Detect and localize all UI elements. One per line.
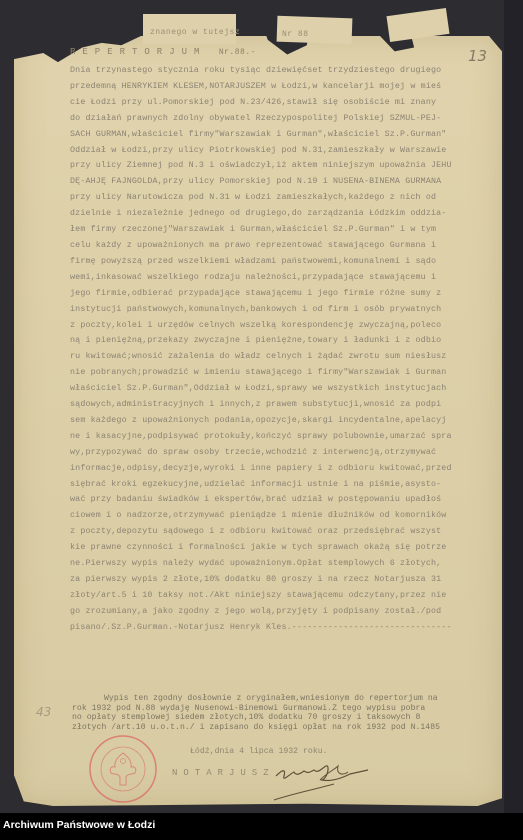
text-line: SACH GURMAN,właściciel firmy"Warszawiak … [70, 127, 440, 143]
text-line: wy,przypozywać do spraw osoby trzecie,wc… [70, 445, 440, 461]
notary-label: NOTARJUSZ [172, 768, 275, 778]
text-line: z poczty,depozytu sądowego i z odbioru k… [70, 524, 440, 540]
text-line: instytucji państwowych,komunalnych,banko… [70, 302, 440, 318]
text-line: ru kwitować;wnosić zażalenia do władz ce… [70, 349, 440, 365]
text-line: go zrozumiany,a jako zgodny z jego wolą,… [70, 604, 440, 620]
repertory-heading: REPERTORJUM Nr.88.- [70, 47, 256, 57]
page-number: 13 [468, 47, 487, 65]
text-line: z poczty,kolei i urzędów celnych wszelką… [70, 318, 440, 334]
signature-icon [272, 760, 382, 808]
text-line: siębrać kroki egzekucyjne,udzielać infor… [70, 477, 440, 493]
header-fragment-text-right: Nr 88 [282, 30, 309, 39]
text-line: przy ulicy Ziemnej pod N.3 i oświadczył,… [70, 158, 440, 174]
extract-certification-text: Wypis ten zgodny dosłownie z oryginałem,… [72, 694, 452, 732]
text-line: jego firmie,odbierać przypadające stawaj… [70, 286, 440, 302]
date-place-line: Łódź,dnia 4 lipca 1932 roku. [190, 747, 328, 756]
repertory-label: REPERTORJUM [70, 47, 206, 57]
text-line: Oddział w Łodzi,przy ulicy Piotrkowskiej… [70, 143, 440, 159]
text-line: wać przy badaniu świadków i ekspertów,br… [70, 492, 440, 508]
text-line: za pierwszy wypis 2 złote,10% dodatku 80… [70, 572, 440, 588]
text-line: dzielnie i niezależnie jednego od drugie… [70, 206, 440, 222]
text-line: celu każdy z upoważnionych ma prawo repr… [70, 238, 440, 254]
text-line: ne.Pierwszy wypis należy wydać upoważnio… [70, 556, 440, 572]
text-line: cie Łodzi przy ul.Pomorskiej pod N.23/42… [70, 95, 440, 111]
text-line: kie prawne czynności i formalności jakie… [70, 540, 440, 556]
archive-label: Archiwum Państwowe w Łodzi [3, 819, 155, 831]
text-line: ciowem i o nadzorze,otrzymywać pieniądze… [70, 508, 440, 524]
text-line: ne i kasacyjne,podpisywać protokuły,końc… [70, 429, 440, 445]
text-line: Wypis ten zgodny dosłownie z oryginałem,… [72, 694, 452, 704]
text-line: rok 1932 pod N.88 wydaję Nusenowi-Binemo… [72, 704, 452, 714]
deed-body-text: Dnia trzynastego stycznia roku tysiąc dz… [70, 63, 440, 636]
text-line: sądowych,administracyjnych i innych,z pr… [70, 397, 440, 413]
text-line: złotych /art.10 u.o.t.n./ i zapisano do … [72, 723, 452, 733]
text-line: no opłaty stemplowej siedem złotych,10% … [72, 713, 452, 723]
archive-footer-bar: Archiwum Państwowe w Łodzi [0, 813, 523, 840]
text-line: do działań prawnych zdolny obywatel Rzec… [70, 111, 440, 127]
text-line: informacje,odpisy,decyzje,wyroki i inne … [70, 461, 440, 477]
repertory-number: Nr.88.- [219, 48, 256, 57]
text-line: sem każdego z upoważnionych podania,opoz… [70, 413, 440, 429]
text-line: właściciel Sz.P.Gurman",Oddział w Łodzi,… [70, 381, 440, 397]
scan-edge-strip [504, 0, 523, 813]
text-line: DĘ-AHJĘ FAJNGOLDA,przy ulicy Pomorskiej … [70, 174, 440, 190]
text-line: łem firmy rzeczonej"Warszawiak i Gurman,… [70, 222, 440, 238]
text-line: ną i pieniężną,przekazy zwyczajne i pien… [70, 333, 440, 349]
text-line: nie pobranych;prowadzić w imieniu stawaj… [70, 365, 440, 381]
text-line: złoty/art.5 i 10 taksy not./Akt niniejsz… [70, 588, 440, 604]
text-line: przy ulicy Narutowicza pod N.31 w Łodzi … [70, 190, 440, 206]
text-line: firmę powyższą przed wszelkiemi władzami… [70, 254, 440, 270]
margin-handwritten-note: 43 [36, 705, 51, 719]
text-line: wemi,inkasować wszelkiego rodzaju należn… [70, 270, 440, 286]
text-line: Dnia trzynastego stycznia roku tysiąc dz… [70, 63, 440, 79]
notary-stamp-icon [87, 733, 159, 805]
text-line: pisano/.Sz.P.Gurman.-Notarjusz Henryk Kl… [70, 620, 440, 636]
text-line: przedemną HENRYKIEM KLESEM,NOTARJUSZEM w… [70, 79, 440, 95]
header-fragment-text: znanego w tutejsz [150, 28, 240, 37]
